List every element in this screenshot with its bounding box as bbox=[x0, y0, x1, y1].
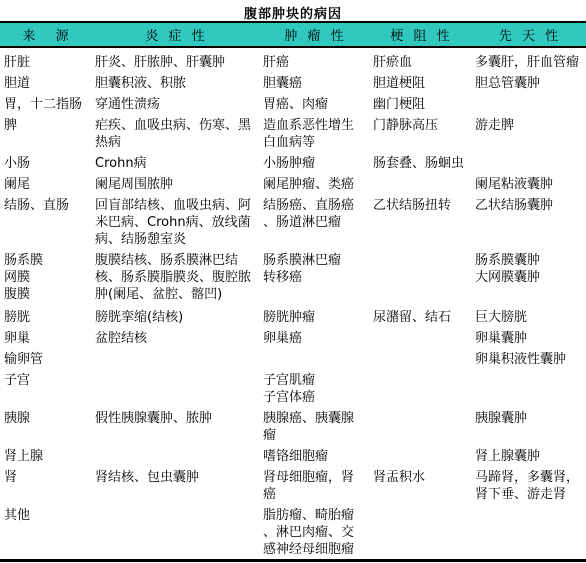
table-row: 腹膜肿(阑尾、盆腔、髂凹) bbox=[0, 286, 586, 303]
table-row: 脾疟疾、血吸虫病、伤寒、黑 热病造血系恶性增生 白血病等门静脉高压游走脾 bbox=[0, 113, 586, 151]
cell-neoplastic: 造血系恶性增生 白血病等 bbox=[259, 113, 369, 151]
table-row: 卵巢盆腔结核卵巢癌卵巢囊肿 bbox=[0, 326, 586, 347]
cell-neoplastic: 阑尾肿瘤、类癌 bbox=[259, 172, 369, 193]
cell-source: 其他 bbox=[0, 503, 91, 558]
cell-inflammatory: 肝炎、肝脓肿、肝囊肿 bbox=[91, 47, 259, 71]
cell-obstructive: 肝瘀血 bbox=[369, 47, 471, 71]
cell-obstructive: 门静脉高压 bbox=[369, 113, 471, 151]
cell-inflammatory: 胆囊积液、积脓 bbox=[91, 71, 259, 92]
table-row: 胰腺假性胰腺囊肿、脓肿胰腺癌、胰囊腺 瘤胰腺囊肿 bbox=[0, 406, 586, 444]
cell-neoplastic: 卵巢癌 bbox=[259, 326, 369, 347]
table-row: 胆道胆囊积液、积脓胆囊癌胆道梗阻胆总管囊肿 bbox=[0, 71, 586, 92]
header-row: 来 源 炎 症 性 肿 瘤 性 梗 阻 性 先 天 性 bbox=[0, 22, 586, 47]
cell-source: 肝脏 bbox=[0, 47, 91, 71]
cell-obstructive bbox=[369, 503, 471, 558]
cell-neoplastic: 肝癌 bbox=[259, 47, 369, 71]
cell-congenital: 胆总管囊肿 bbox=[471, 71, 586, 92]
cell-source: 结肠、直肠 bbox=[0, 193, 91, 248]
cell-inflammatory bbox=[91, 347, 259, 368]
cell-inflammatory: 肿(阑尾、盆腔、髂凹) bbox=[91, 286, 259, 303]
cell-obstructive bbox=[369, 444, 471, 465]
cell-source: 肾 bbox=[0, 465, 91, 503]
cell-source: 输卵管 bbox=[0, 347, 91, 368]
cell-neoplastic: 肠系膜淋巴瘤 bbox=[259, 248, 369, 269]
cell-neoplastic: 胃癌、肉瘤 bbox=[259, 92, 369, 113]
abdominal-mass-etiology-page: 腹部肿块的病因 来 源 炎 症 性 肿 瘤 性 梗 阻 性 先 天 性 肝脏肝炎… bbox=[0, 0, 586, 563]
cell-obstructive: 乙状结肠扭转 bbox=[369, 193, 471, 248]
cell-inflammatory: 回盲部结核、血吸虫病、阿 米巴病、Crohn病、放线菌 病、结肠憩室炎 bbox=[91, 193, 259, 248]
column-header-congenital: 先 天 性 bbox=[471, 22, 586, 47]
cell-neoplastic: 肾母细胞瘤，肾 癌 bbox=[259, 465, 369, 503]
cell-congenital: 卵巢积液性囊肿 bbox=[471, 347, 586, 368]
cell-inflammatory: 膀胱挛缩(结核) bbox=[91, 303, 259, 326]
column-header-neoplastic: 肿 瘤 性 bbox=[259, 22, 369, 47]
cell-inflammatory bbox=[91, 444, 259, 465]
cell-congenital: 阑尾粘液囊肿 bbox=[471, 172, 586, 193]
cell-source: 子宫 bbox=[0, 368, 91, 406]
table-row: 膀胱膀胱挛缩(结核)膀胱肿瘤尿潴留、结石巨大膀胱 bbox=[0, 303, 586, 326]
bottom-rule bbox=[0, 559, 586, 562]
cell-congenital: 卵巢囊肿 bbox=[471, 326, 586, 347]
table-row: 阑尾阑尾周围脓肿阑尾肿瘤、类癌阑尾粘液囊肿 bbox=[0, 172, 586, 193]
cell-neoplastic: 小肠肿瘤 bbox=[259, 151, 369, 172]
cell-inflammatory: 核、肠系膜脂膜炎、腹腔脓 bbox=[91, 269, 259, 286]
cell-source: 小肠 bbox=[0, 151, 91, 172]
cell-congenital bbox=[471, 92, 586, 113]
cell-neoplastic bbox=[259, 286, 369, 303]
etiology-table: 来 源 炎 症 性 肿 瘤 性 梗 阻 性 先 天 性 肝脏肝炎、肝脓肿、肝囊肿… bbox=[0, 21, 586, 558]
cell-congenital: 多囊肝，肝血管瘤 bbox=[471, 47, 586, 71]
cell-obstructive bbox=[369, 286, 471, 303]
cell-inflammatory: 假性胰腺囊肿、脓肿 bbox=[91, 406, 259, 444]
cell-source: 胆道 bbox=[0, 71, 91, 92]
cell-congenital: 巨大膀胱 bbox=[471, 303, 586, 326]
table-row: 肝脏肝炎、肝脓肿、肝囊肿肝癌肝瘀血多囊肝，肝血管瘤 bbox=[0, 47, 586, 71]
cell-congenital: 乙状结肠囊肿 bbox=[471, 193, 586, 248]
cell-source: 胃，十二指肠 bbox=[0, 92, 91, 113]
cell-inflammatory bbox=[91, 503, 259, 558]
cell-neoplastic: 脂肪瘤、畸胎瘤 、淋巴肉瘤、交 感神经母细胞瘤 bbox=[259, 503, 369, 558]
cell-congenital bbox=[471, 151, 586, 172]
table-row: 子宫子宫肌瘤 子宫体癌 bbox=[0, 368, 586, 406]
cell-congenital bbox=[471, 503, 586, 558]
table-row: 输卵管卵巢积液性囊肿 bbox=[0, 347, 586, 368]
column-header-inflammatory: 炎 症 性 bbox=[91, 22, 259, 47]
cell-obstructive bbox=[369, 406, 471, 444]
cell-neoplastic: 胰腺癌、胰囊腺 瘤 bbox=[259, 406, 369, 444]
cell-obstructive: 肾盂积水 bbox=[369, 465, 471, 503]
cell-obstructive: 肠套叠、肠蛔虫 bbox=[369, 151, 471, 172]
table-row: 胃，十二指肠穿通性溃疡胃癌、肉瘤幽门梗阻 bbox=[0, 92, 586, 113]
cell-source: 肾上腺 bbox=[0, 444, 91, 465]
cell-source: 卵巢 bbox=[0, 326, 91, 347]
cell-congenital: 胰腺囊肿 bbox=[471, 406, 586, 444]
table-body: 肝脏肝炎、肝脓肿、肝囊肿肝癌肝瘀血多囊肝，肝血管瘤胆道胆囊积液、积脓胆囊癌胆道梗… bbox=[0, 47, 586, 558]
cell-obstructive bbox=[369, 347, 471, 368]
cell-source: 胰腺 bbox=[0, 406, 91, 444]
cell-congenital: 游走脾 bbox=[471, 113, 586, 151]
column-header-source: 来 源 bbox=[0, 22, 91, 47]
table-row: 其他脂肪瘤、畸胎瘤 、淋巴肉瘤、交 感神经母细胞瘤 bbox=[0, 503, 586, 558]
cell-congenital: 马蹄肾，多囊肾， 肾下垂、游走肾 bbox=[471, 465, 586, 503]
cell-source: 膀胱 bbox=[0, 303, 91, 326]
cell-obstructive: 幽门梗阻 bbox=[369, 92, 471, 113]
table-row: 肠系膜腹膜结核、肠系膜淋巴结肠系膜淋巴瘤肠系膜囊肿 bbox=[0, 248, 586, 269]
cell-inflammatory: 盆腔结核 bbox=[91, 326, 259, 347]
cell-neoplastic: 膀胱肿瘤 bbox=[259, 303, 369, 326]
cell-source: 网膜 bbox=[0, 269, 91, 286]
cell-congenital: 肠系膜囊肿 bbox=[471, 248, 586, 269]
cell-inflammatory: 阑尾周围脓肿 bbox=[91, 172, 259, 193]
table-row: 小肠Crohn病小肠肿瘤肠套叠、肠蛔虫 bbox=[0, 151, 586, 172]
cell-obstructive bbox=[369, 368, 471, 406]
cell-source: 阑尾 bbox=[0, 172, 91, 193]
column-header-obstructive: 梗 阻 性 bbox=[369, 22, 471, 47]
table-row: 肾肾结核、包虫囊肿肾母细胞瘤，肾 癌肾盂积水马蹄肾，多囊肾， 肾下垂、游走肾 bbox=[0, 465, 586, 503]
cell-neoplastic: 转移癌 bbox=[259, 269, 369, 286]
cell-congenital: 大网膜囊肿 bbox=[471, 269, 586, 286]
cell-obstructive: 胆道梗阻 bbox=[369, 71, 471, 92]
cell-inflammatory bbox=[91, 368, 259, 406]
cell-inflammatory: 疟疾、血吸虫病、伤寒、黑 热病 bbox=[91, 113, 259, 151]
cell-obstructive bbox=[369, 269, 471, 286]
cell-inflammatory: 穿通性溃疡 bbox=[91, 92, 259, 113]
table-row: 肾上腺嗜铬细胞瘤肾上腺囊肿 bbox=[0, 444, 586, 465]
cell-inflammatory: 肾结核、包虫囊肿 bbox=[91, 465, 259, 503]
cell-congenital: 肾上腺囊肿 bbox=[471, 444, 586, 465]
table-row: 结肠、直肠回盲部结核、血吸虫病、阿 米巴病、Crohn病、放线菌 病、结肠憩室炎… bbox=[0, 193, 586, 248]
page-title: 腹部肿块的病因 bbox=[0, 0, 586, 21]
cell-neoplastic: 胆囊癌 bbox=[259, 71, 369, 92]
cell-obstructive bbox=[369, 248, 471, 269]
cell-source: 肠系膜 bbox=[0, 248, 91, 269]
cell-obstructive bbox=[369, 326, 471, 347]
cell-neoplastic: 结肠癌、直肠癌 、肠道淋巴瘤 bbox=[259, 193, 369, 248]
cell-obstructive bbox=[369, 172, 471, 193]
cell-inflammatory: 腹膜结核、肠系膜淋巴结 bbox=[91, 248, 259, 269]
cell-obstructive: 尿潴留、结石 bbox=[369, 303, 471, 326]
cell-neoplastic: 嗜铬细胞瘤 bbox=[259, 444, 369, 465]
cell-source: 脾 bbox=[0, 113, 91, 151]
cell-congenital bbox=[471, 368, 586, 406]
cell-neoplastic: 子宫肌瘤 子宫体癌 bbox=[259, 368, 369, 406]
cell-inflammatory: Crohn病 bbox=[91, 151, 259, 172]
cell-source: 腹膜 bbox=[0, 286, 91, 303]
cell-neoplastic bbox=[259, 347, 369, 368]
cell-congenital bbox=[471, 286, 586, 303]
table-row: 网膜核、肠系膜脂膜炎、腹腔脓转移癌大网膜囊肿 bbox=[0, 269, 586, 286]
